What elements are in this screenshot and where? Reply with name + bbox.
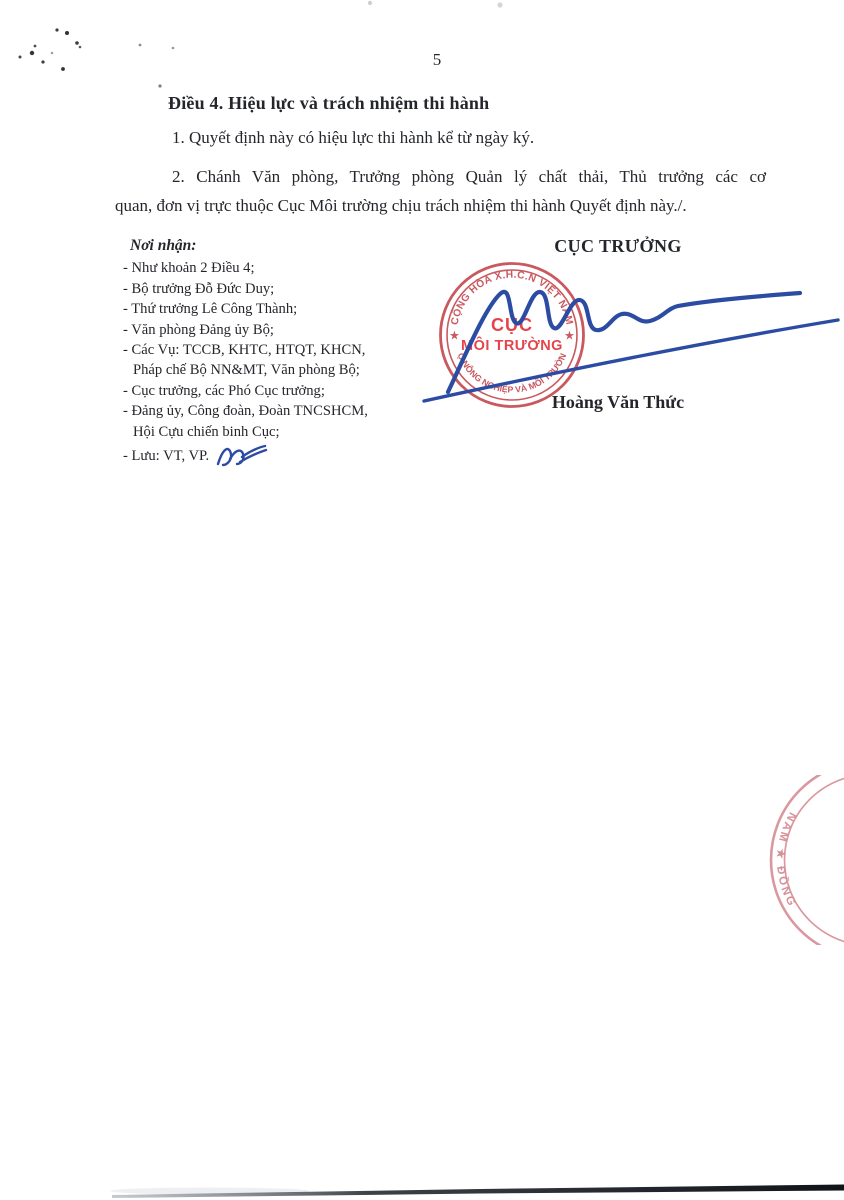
edge-stamp: NAM ★ ĐỒNG (759, 775, 844, 945)
document-page: 5 Điều 4. Hiệu lực và trách nhiệm thi hà… (0, 0, 844, 1200)
recipients-block: Nơi nhận: - Như khoản 2 Điều 4; - Bộ trư… (123, 236, 428, 466)
recipient-item: - Cục trưởng, các Phó Cục trưởng; (123, 381, 428, 401)
recipient-item: - Thứ trưởng Lê Công Thành; (123, 299, 428, 319)
recipients-label: Nơi nhận: (130, 236, 428, 256)
handwritten-initials-scribble (214, 442, 268, 468)
recipient-item-continuation: Hội Cựu chiến binh Cục; (123, 422, 428, 442)
recipient-item-luu-text: - Lưu: VT, VP. (123, 446, 209, 466)
signer-name: Hoàng Văn Thức (502, 392, 734, 413)
signer-title: CỤC TRƯỞNG (502, 236, 734, 257)
signature-main-stroke (448, 292, 800, 392)
signature-underline-stroke (424, 320, 838, 401)
scan-edge-line (0, 1178, 844, 1200)
recipient-item-continuation: Pháp chế Bộ NN&MT, Văn phòng Bộ; (123, 360, 428, 380)
recipient-item: - Các Vụ: TCCB, KHTC, HTQT, KHCN, (123, 340, 428, 360)
recipient-item-luu: - Lưu: VT, VP. (123, 442, 428, 466)
recipient-item: - Như khoản 2 Điều 4; (123, 258, 428, 278)
recipient-item: - Bộ trưởng Đỗ Đức Duy; (123, 279, 428, 299)
article-heading: Điều 4. Hiệu lực và trách nhiệm thi hành (168, 93, 489, 114)
edge-stamp-inner-ring (785, 775, 844, 945)
recipient-item: - Đảng ủy, Công đoàn, Đoàn TNCSHCM, (123, 401, 428, 421)
recipient-item: - Văn phòng Đảng ủy Bộ; (123, 320, 428, 340)
clause-2: 2. Chánh Văn phòng, Trưởng phòng Quản lý… (115, 162, 766, 220)
clause-1: 1. Quyết định này có hiệu lực thi hành k… (172, 128, 534, 148)
clause-2-line1: 2. Chánh Văn phòng, Trưởng phòng Quản lý… (115, 162, 766, 191)
page-number: 5 (402, 50, 472, 70)
clause-2-line2: quan, đơn vị trực thuộc Cục Môi trường c… (115, 191, 766, 220)
